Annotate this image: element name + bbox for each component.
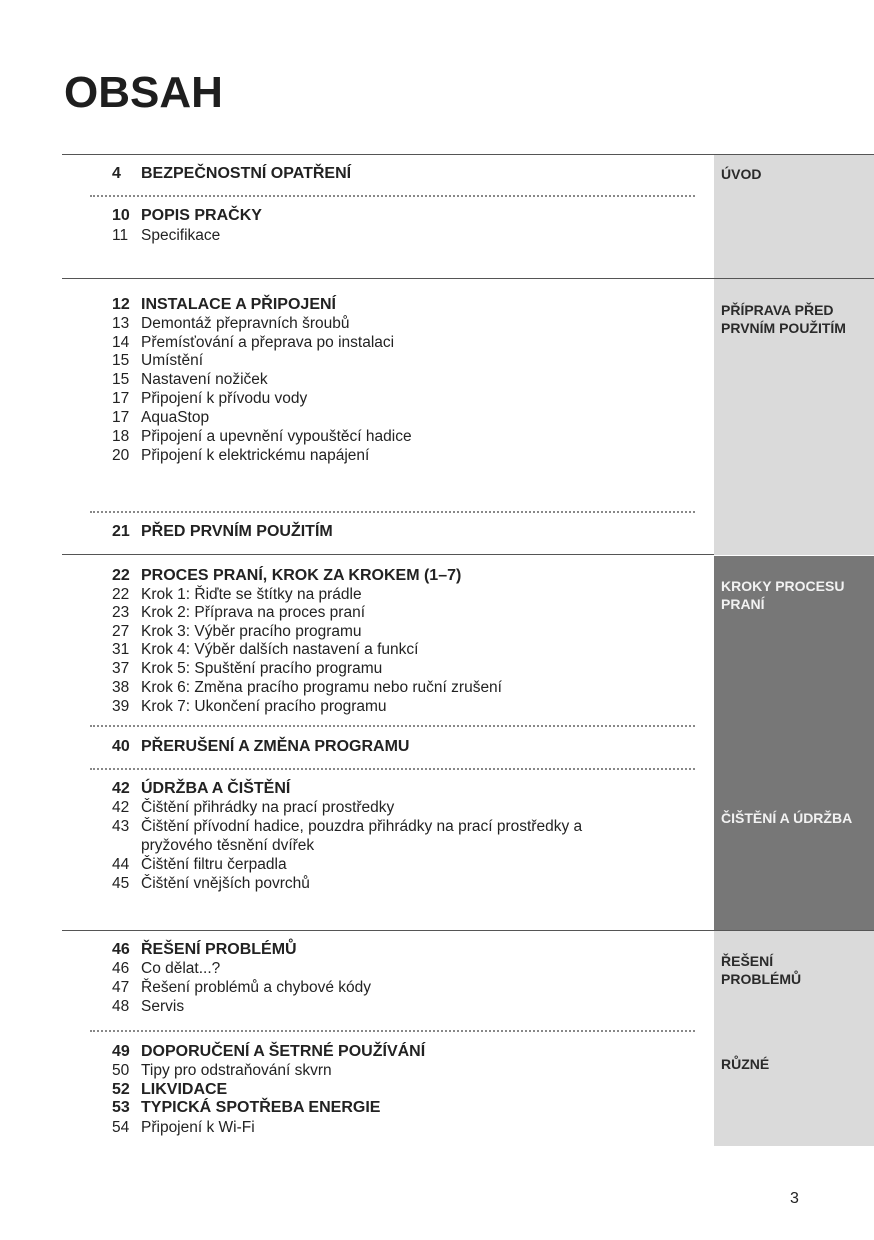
section-label-line: PRVNÍM POUŽITÍM	[721, 319, 846, 337]
toc-page-number: 22	[112, 586, 141, 605]
toc-entry-title: Řešení problémů a chybové kódy	[141, 979, 371, 996]
toc-entry[interactable]: 22PROCES PRANÍ, KROK ZA KROKEM (1–7)	[112, 567, 461, 586]
toc-page-number: 12	[112, 296, 141, 315]
toc-entry[interactable]: 18Připojení a upevnění vypouštěcí hadice	[112, 428, 412, 447]
toc-entry-title: TYPICKÁ SPOTŘEBA ENERGIE	[141, 1099, 380, 1116]
toc-page-number: 39	[112, 698, 141, 717]
toc-entry[interactable]: 43Čištění přívodní hadice, pouzdra přihr…	[112, 818, 652, 855]
toc-page-number: 4	[112, 165, 141, 184]
page-title: OBSAH	[64, 68, 223, 118]
toc-page-number: 42	[112, 799, 141, 818]
toc-entry-title: Čištění filtru čerpadla	[141, 856, 287, 873]
divider	[62, 930, 874, 931]
section-label-troubleshooting: ŘEŠENÍ PROBLÉMŮ	[721, 952, 801, 988]
toc-entry-title: Čištění vnějších povrchů	[141, 875, 310, 892]
toc-entry-title: ŘEŠENÍ PROBLÉMŮ	[141, 941, 297, 958]
section-label-intro: ÚVOD	[721, 165, 761, 183]
toc-page-number: 40	[112, 738, 141, 757]
toc-entry[interactable]: 46Co dělat...?	[112, 960, 220, 979]
section-label-line: KROKY PROCESU	[721, 577, 844, 595]
toc-entry-title: Servis	[141, 998, 184, 1015]
toc-entry[interactable]: 39Krok 7: Ukončení pracího programu	[112, 698, 387, 717]
toc-entry[interactable]: 50Tipy pro odstraňování skvrn	[112, 1062, 332, 1081]
toc-entry[interactable]: 37Krok 5: Spuštění pracího programu	[112, 660, 382, 679]
toc-entry[interactable]: 45Čištění vnějších povrchů	[112, 875, 310, 894]
toc-page-number: 38	[112, 679, 141, 698]
toc-entry[interactable]: 31Krok 4: Výběr dalších nastavení a funk…	[112, 641, 418, 660]
toc-entry[interactable]: 10POPIS PRAČKY	[112, 207, 262, 226]
toc-entry-title: Čištění přívodní hadice, pouzdra přihrád…	[141, 818, 582, 835]
toc-page-number: 10	[112, 207, 141, 226]
toc-entry-title: Tipy pro odstraňování skvrn	[141, 1062, 332, 1079]
toc-entry[interactable]: 47Řešení problémů a chybové kódy	[112, 979, 371, 998]
toc-entry-title: BEZPEČNOSTNÍ OPATŘENÍ	[141, 165, 351, 182]
toc-entry-title: Připojení k elektrickému napájení	[141, 447, 369, 464]
toc-entry[interactable]: 15Umístění	[112, 352, 203, 371]
toc-entry[interactable]: 14Přemísťování a přeprava po instalaci	[112, 334, 394, 353]
toc-page-number: 14	[112, 334, 141, 353]
toc-page-number: 42	[112, 780, 141, 799]
toc-entry-title: Krok 7: Ukončení pracího programu	[141, 698, 387, 715]
toc-entry-title: Demontáž přepravních šroubů	[141, 315, 350, 332]
toc-page-number: 13	[112, 315, 141, 334]
toc-entry-title: Krok 4: Výběr dalších nastavení a funkcí	[141, 641, 418, 658]
toc-entry-title: Připojení a upevnění vypouštěcí hadice	[141, 428, 412, 445]
toc-entry-title: Krok 6: Změna pracího programu nebo ručn…	[141, 679, 502, 696]
section-label-line: PŘÍPRAVA PŘED	[721, 301, 846, 319]
toc-page-number: 54	[112, 1119, 141, 1138]
toc-entry[interactable]: 42Čištění přihrádky na prací prostředky	[112, 799, 394, 818]
toc-entry[interactable]: 23Krok 2: Příprava na proces praní	[112, 604, 365, 623]
toc-page-number: 46	[112, 941, 141, 960]
toc-entry-title: Přemísťování a přeprava po instalaci	[141, 334, 394, 351]
section-label-preparation: PŘÍPRAVA PŘED PRVNÍM POUŽITÍM	[721, 301, 846, 337]
toc-page-number: 22	[112, 567, 141, 586]
toc-entry[interactable]: 42ÚDRŽBA A ČIŠTĚNÍ	[112, 780, 290, 799]
toc-entry[interactable]: 48Servis	[112, 998, 184, 1017]
toc-entry[interactable]: 53TYPICKÁ SPOTŘEBA ENERGIE	[112, 1099, 380, 1118]
toc-page-number: 45	[112, 875, 141, 894]
toc-entry[interactable]: 49DOPORUČENÍ A ŠETRNÉ POUŽÍVÁNÍ	[112, 1043, 425, 1062]
toc-entry[interactable]: 15Nastavení nožiček	[112, 371, 268, 390]
toc-entry-title: ÚDRŽBA A ČIŠTĚNÍ	[141, 780, 290, 797]
dotted-divider	[90, 195, 695, 197]
toc-entry-title: Nastavení nožiček	[141, 371, 268, 388]
toc-entry[interactable]: 52LIKVIDACE	[112, 1081, 227, 1100]
toc-entry-title: Co dělat...?	[141, 960, 220, 977]
toc-entry[interactable]: 17AquaStop	[112, 409, 209, 428]
toc-entry[interactable]: 12INSTALACE A PŘIPOJENÍ	[112, 296, 336, 315]
section-label-line: PROBLÉMŮ	[721, 970, 801, 988]
toc-entry-title: POPIS PRAČKY	[141, 207, 262, 224]
toc-entry[interactable]: 21PŘED PRVNÍM POUŽITÍM	[112, 523, 333, 542]
toc-page-number: 17	[112, 409, 141, 428]
dotted-divider	[90, 725, 695, 727]
toc-page-number: 53	[112, 1099, 141, 1118]
toc-entry-title: INSTALACE A PŘIPOJENÍ	[141, 296, 336, 313]
toc-entry[interactable]: 44Čištění filtru čerpadla	[112, 856, 287, 875]
toc-entry-title: AquaStop	[141, 409, 209, 426]
divider	[62, 554, 714, 555]
toc-entry[interactable]: 40PŘERUŠENÍ A ZMĚNA PROGRAMU	[112, 738, 409, 757]
section-label-line: PRANÍ	[721, 595, 844, 613]
toc-entry-title: PŘED PRVNÍM POUŽITÍM	[141, 523, 333, 540]
toc-page-number: 43	[112, 818, 141, 837]
section-label-misc: RŮZNÉ	[721, 1055, 769, 1073]
toc-page-number: 17	[112, 390, 141, 409]
toc-entry-title: PROCES PRANÍ, KROK ZA KROKEM (1–7)	[141, 567, 461, 584]
toc-entry-title: Krok 2: Příprava na proces praní	[141, 604, 365, 621]
toc-page-number: 48	[112, 998, 141, 1017]
toc-page-number: 47	[112, 979, 141, 998]
toc-entry-title: Čištění přihrádky na prací prostředky	[141, 799, 394, 816]
section-label-line: ŘEŠENÍ	[721, 952, 801, 970]
divider	[62, 278, 874, 279]
toc-entry-title: Umístění	[141, 352, 203, 369]
toc-page-number: 21	[112, 523, 141, 542]
toc-entry[interactable]: 27Krok 3: Výběr pracího programu	[112, 623, 362, 642]
toc-entry-title: Připojení k Wi-Fi	[141, 1119, 255, 1136]
toc-entry-title: DOPORUČENÍ A ŠETRNÉ POUŽÍVÁNÍ	[141, 1043, 425, 1060]
toc-entry[interactable]: 54Připojení k Wi-Fi	[112, 1119, 255, 1138]
toc-entry-title: Krok 1: Řiďte se štítky na prádle	[141, 586, 362, 603]
toc-page-number: 23	[112, 604, 141, 623]
toc-entry-title: Krok 5: Spuštění pracího programu	[141, 660, 382, 677]
toc-page-number: 31	[112, 641, 141, 660]
toc-page-number: 37	[112, 660, 141, 679]
toc-entry-title: Krok 3: Výběr pracího programu	[141, 623, 362, 640]
toc-entry[interactable]: 11Specifikace	[112, 227, 220, 246]
dotted-divider	[90, 511, 695, 513]
divider	[62, 154, 874, 155]
toc-entry-title-continued: pryžového těsnění dvířek	[112, 837, 652, 856]
dotted-divider	[90, 768, 695, 770]
dotted-divider	[90, 1030, 695, 1032]
toc-page-number: 50	[112, 1062, 141, 1081]
toc-entry-title: PŘERUŠENÍ A ZMĚNA PROGRAMU	[141, 738, 409, 755]
toc-page-number: 49	[112, 1043, 141, 1062]
toc-page-number: 46	[112, 960, 141, 979]
toc-entry-title: LIKVIDACE	[141, 1081, 227, 1098]
toc-page-number: 18	[112, 428, 141, 447]
section-label-washing: KROKY PROCESU PRANÍ	[721, 577, 844, 613]
page-number: 3	[790, 1190, 799, 1208]
toc-page-number: 52	[112, 1081, 141, 1100]
toc-page-number: 15	[112, 352, 141, 371]
toc-page-number: 11	[112, 227, 141, 246]
toc-entry[interactable]: 20Připojení k elektrickému napájení	[112, 447, 369, 466]
toc-entry-title: Specifikace	[141, 227, 220, 244]
toc-page-number: 27	[112, 623, 141, 642]
toc-entry-title: Připojení k přívodu vody	[141, 390, 307, 407]
toc-entry[interactable]: 38Krok 6: Změna pracího programu nebo ru…	[112, 679, 502, 698]
toc-entry[interactable]: 46ŘEŠENÍ PROBLÉMŮ	[112, 941, 297, 960]
toc-entry[interactable]: 13Demontáž přepravních šroubů	[112, 315, 350, 334]
toc-entry[interactable]: 17Připojení k přívodu vody	[112, 390, 307, 409]
section-label-cleaning: ČIŠTĚNÍ A ÚDRŽBA	[721, 809, 852, 827]
toc-page-number: 44	[112, 856, 141, 875]
toc-page-number: 15	[112, 371, 141, 390]
toc-entry[interactable]: 4BEZPEČNOSTNÍ OPATŘENÍ	[112, 165, 351, 184]
toc-page-number: 20	[112, 447, 141, 466]
toc-entry[interactable]: 22Krok 1: Řiďte se štítky na prádle	[112, 586, 362, 605]
